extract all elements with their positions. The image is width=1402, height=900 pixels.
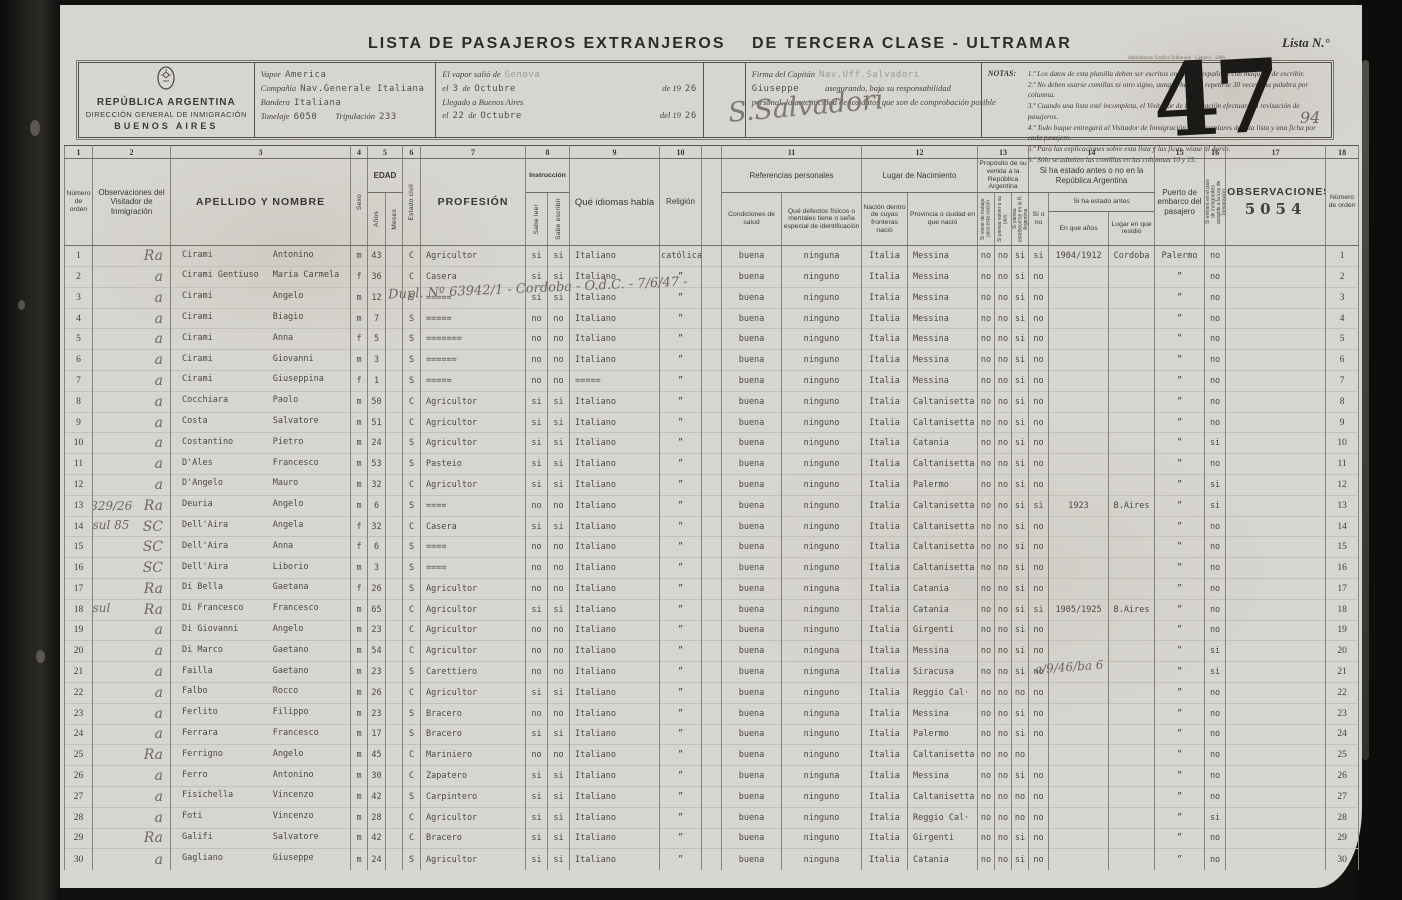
cell-age-months <box>386 433 403 454</box>
surname: Di Marco <box>172 645 268 655</box>
cell-embark-port: ” <box>1155 724 1205 745</box>
header-si-ha-estado: Si ha estado antes <box>1049 193 1155 211</box>
table-row: 17 ✓ „ Ra Di Bella Gaetana f 26 S Agricu… <box>65 579 1359 600</box>
margin-handwriting: P.Consul 85 <box>93 518 130 532</box>
cell-can-write: no <box>548 579 570 600</box>
table-row: 27 a Fisichella Vincenzo m 42 S Carpinte… <box>65 786 1359 807</box>
cell-visitador-observation: ✓ „ Ra <box>93 579 171 600</box>
cell-age-years: 51 <box>368 412 386 433</box>
cell-purpose-2: no <box>995 267 1012 288</box>
cell-can-write: si <box>548 828 570 849</box>
cell-religion: ” <box>660 287 702 308</box>
cell-order-number-left: 21 <box>65 662 93 683</box>
cell-embark-port: ” <box>1155 745 1205 766</box>
cell-embark-port: ” <box>1155 475 1205 496</box>
cell-place-resided <box>1109 329 1155 350</box>
table-row: 6 a Cirami Giovanni m 3 S ====== no no I… <box>65 350 1359 371</box>
llegada-day: 22 <box>452 111 464 121</box>
cell-years-before <box>1049 475 1109 496</box>
cell-can-read: si <box>526 724 548 745</box>
cell-can-write: si <box>548 246 570 267</box>
cell-birth-province: Messina <box>908 267 978 288</box>
given-name: Salvatore <box>273 416 319 426</box>
cell-religion: ” <box>660 662 702 683</box>
visitador-mark-handwriting: a <box>94 290 169 306</box>
cell-age-years: 24 <box>368 433 386 454</box>
cell-birth-nation: Italia <box>862 537 908 558</box>
cell-birth-nation: Italia <box>862 662 908 683</box>
ship-details-box: VaporAmerica CompañíaNav.Generale Italia… <box>255 63 437 137</box>
scanned-passenger-list-page: LISTA DE PASAJEROS EXTRANJEROS DE TERCER… <box>60 5 1362 888</box>
cell-health: buena <box>722 412 782 433</box>
cell-defects: ninguno <box>782 267 862 288</box>
org-department: DIRECCIÓN GENERAL DE INMIGRACIÓN <box>85 110 248 119</box>
table-header: 1 2 3 4 5 6 7 8 9 10 11 12 13 14 15 16 1… <box>65 146 1359 246</box>
cell-been-before: no <box>1029 329 1049 350</box>
cell-age-years: 17 <box>368 724 386 745</box>
cell-religion: ” <box>660 454 702 475</box>
cell-years-before <box>1049 558 1109 579</box>
cell-place-resided: Cordoba <box>1109 246 1155 267</box>
cell-profession: ==== <box>421 495 526 516</box>
table-row: 29 Ra Galifi Salvatore m 42 C Bracero si… <box>65 828 1359 849</box>
cell-health: buena <box>722 329 782 350</box>
cell-spacer <box>702 475 722 496</box>
cell-sex: m <box>351 475 368 496</box>
cell-name: Cirami Gentiuso Maria Carmela <box>171 267 351 288</box>
cell-civil-status: S <box>403 495 421 516</box>
cell-purpose-1: no <box>978 267 995 288</box>
given-name: Giovanni <box>273 354 314 364</box>
cell-can-read: no <box>526 662 548 683</box>
cell-defects: ninguno <box>782 350 862 371</box>
de-label-2: de <box>468 110 476 120</box>
table-row: 22 a Falbo Rocco m 26 C Agricultor si si… <box>65 682 1359 703</box>
cell-can-write: no <box>548 329 570 350</box>
cell-observations <box>1226 475 1326 496</box>
cell-defects: ninguno <box>782 724 862 745</box>
visitador-mark-handwriting: a <box>94 394 169 410</box>
cell-spacer <box>702 308 722 329</box>
cell-place-resided <box>1109 267 1155 288</box>
cell-immigrant-law: no <box>1205 329 1226 350</box>
cell-visitador-observation: a <box>93 641 171 662</box>
cell-birth-province: Caltanisetta <box>908 786 978 807</box>
cell-civil-status: C <box>403 412 421 433</box>
cell-birth-nation: Italia <box>862 558 908 579</box>
cell-can-read: si <box>526 786 548 807</box>
table-row: 16 „ SC Dell'Aira Liborio m 3 S ==== no … <box>65 558 1359 579</box>
cell-purpose-1: no <box>978 620 995 641</box>
cell-civil-status: C <box>403 682 421 703</box>
notas-label: NOTAS: <box>988 69 1016 78</box>
cell-language: Italiano <box>570 599 660 620</box>
cell-purpose-1: no <box>978 682 995 703</box>
cell-age-years: 3 <box>368 350 386 371</box>
visitador-mark-handwriting: a <box>94 311 169 327</box>
cell-birth-nation: Italia <box>862 329 908 350</box>
cell-age-months <box>386 391 403 412</box>
table-row: 23 a Ferlito Filippo m 23 S Bracero no n… <box>65 703 1359 724</box>
cell-years-before: 1905/1925 <box>1049 599 1109 620</box>
table-row: 19 a Di Giovanni Angelo m 23 C Agriculto… <box>65 620 1359 641</box>
cell-purpose-2: no <box>995 246 1012 267</box>
cell-religion: ” <box>660 807 702 828</box>
cell-spacer <box>702 724 722 745</box>
cell-observations <box>1226 724 1326 745</box>
visitador-mark-handwriting: Ra <box>94 830 169 846</box>
table-row: 12 a D'Angelo Mauro m 32 C Agricultor si… <box>65 475 1359 496</box>
given-name: Francesco <box>273 728 319 738</box>
cell-civil-status: C <box>403 807 421 828</box>
llegada-month: Octubre <box>480 111 521 121</box>
header-band-1: Número de orden Observaciones del Visita… <box>65 159 1359 193</box>
cell-birth-nation: Italia <box>862 724 908 745</box>
cell-age-months <box>386 620 403 641</box>
cell-defects: ninguno <box>782 599 862 620</box>
cell-age-years: 65 <box>368 599 386 620</box>
cell-spacer <box>702 620 722 641</box>
cell-order-number-left: 11 <box>65 454 93 475</box>
passenger-rows: 1 Ra Cirami Antonino m 43 C Agricultor s… <box>65 246 1359 870</box>
cell-purpose-3: si <box>1012 766 1029 787</box>
colnum-6: 6 <box>403 146 421 159</box>
cell-observations <box>1226 433 1326 454</box>
tripulacion-label: Tripulación <box>335 111 375 121</box>
cell-purpose-1: no <box>978 537 995 558</box>
cell-can-read: si <box>526 849 548 870</box>
cell-order-number-left: 24 <box>65 724 93 745</box>
header-prop-3: Si piensa establecerse en la R. Argentin… <box>1012 193 1029 246</box>
cell-language: Italiano <box>570 807 660 828</box>
cell-age-months <box>386 599 403 620</box>
cell-birth-province: Caltanisetta <box>908 391 978 412</box>
cell-purpose-2: no <box>995 537 1012 558</box>
cell-birth-nation: Italia <box>862 412 908 433</box>
cell-years-before <box>1049 287 1109 308</box>
cell-birth-nation: Italia <box>862 620 908 641</box>
cell-been-before <box>1029 745 1049 766</box>
cell-profession: ======= <box>421 329 526 350</box>
cell-civil-status: S <box>403 579 421 600</box>
cell-defects: ninguno <box>782 391 862 412</box>
header-referencias: Referencias personales <box>722 159 862 193</box>
cell-civil-status: C <box>403 267 421 288</box>
el-label-2: el <box>442 110 448 120</box>
cell-place-resided <box>1109 391 1155 412</box>
cell-order-number-right: 12 <box>1326 475 1359 496</box>
cell-immigrant-law: no <box>1205 579 1226 600</box>
cell-spacer <box>702 682 722 703</box>
cell-been-before: si <box>1029 599 1049 620</box>
colnum-13: 13 <box>978 146 1029 159</box>
cell-spacer <box>702 433 722 454</box>
cell-purpose-1: no <box>978 475 995 496</box>
cell-years-before: 1923 <box>1049 495 1109 516</box>
cell-purpose-1: no <box>978 849 995 870</box>
cell-been-before: no <box>1029 766 1049 787</box>
cell-order-number-left: 1 <box>65 246 93 267</box>
cell-age-months <box>386 849 403 870</box>
cell-can-read: si <box>526 807 548 828</box>
surname: Cirami Gentiuso <box>172 270 268 280</box>
cell-order-number-left: 25 <box>65 745 93 766</box>
cell-place-resided <box>1109 371 1155 392</box>
cell-age-years: 23 <box>368 703 386 724</box>
cell-sex: m <box>351 558 368 579</box>
cell-been-before: no <box>1029 350 1049 371</box>
cell-birth-nation: Italia <box>862 371 908 392</box>
cell-observations <box>1226 454 1326 475</box>
cell-religion: ” <box>660 703 702 724</box>
cell-name: Costa Salvatore <box>171 412 351 433</box>
cell-immigrant-law: no <box>1205 246 1226 267</box>
cell-observations <box>1226 371 1326 392</box>
cell-birth-province: Messina <box>908 329 978 350</box>
cell-visitador-observation: a <box>93 391 171 412</box>
salida-day: 3 <box>452 84 458 94</box>
cell-visitador-observation: a <box>93 287 171 308</box>
cell-been-before: no <box>1029 703 1049 724</box>
cell-birth-province: Palermo <box>908 475 978 496</box>
tonelaje-label: Tonelaje <box>261 111 290 121</box>
cell-visitador-observation: Ra <box>93 745 171 766</box>
cell-sex: m <box>351 849 368 870</box>
cell-place-resided <box>1109 350 1155 371</box>
cell-defects: ninguno <box>782 412 862 433</box>
cell-purpose-1: no <box>978 641 995 662</box>
given-name: Maria Carmela <box>273 270 340 280</box>
cell-civil-status: C <box>403 766 421 787</box>
cell-birth-province: Reggio Cal· <box>908 682 978 703</box>
surname: Deuria <box>172 499 268 509</box>
cell-order-number-left: 17 <box>65 579 93 600</box>
cell-years-before <box>1049 329 1109 350</box>
cell-spacer <box>702 391 722 412</box>
cell-health: buena <box>722 786 782 807</box>
cell-purpose-1: no <box>978 766 995 787</box>
header-sabe-leer: Sabe leer <box>526 193 548 246</box>
cell-been-before: no <box>1029 454 1049 475</box>
cell-can-write: si <box>548 766 570 787</box>
cell-defects: ninguno <box>782 807 862 828</box>
cell-immigrant-law: no <box>1205 558 1226 579</box>
cell-immigrant-law: si <box>1205 641 1226 662</box>
cell-been-before: si <box>1029 495 1049 516</box>
cell-been-before: no <box>1029 682 1049 703</box>
header-en-que-anos: En que años <box>1049 211 1109 246</box>
cell-purpose-3: si <box>1012 329 1029 350</box>
cell-order-number-left: 5 <box>65 329 93 350</box>
cell-language: Italiano <box>570 308 660 329</box>
cell-language: ===== <box>570 371 660 392</box>
surname: Cirami <box>172 374 268 384</box>
cell-years-before <box>1049 308 1109 329</box>
surname: Costantino <box>172 437 268 447</box>
cell-profession: Agricultor <box>421 433 526 454</box>
cell-profession: Agricultor <box>421 849 526 870</box>
cell-observations <box>1226 308 1326 329</box>
cell-spacer <box>702 267 722 288</box>
cell-profession: ====== <box>421 350 526 371</box>
cell-can-write: no <box>548 703 570 724</box>
cell-immigrant-law: no <box>1205 849 1226 870</box>
cell-purpose-2: no <box>995 807 1012 828</box>
cell-health: buena <box>722 599 782 620</box>
cell-been-before: no <box>1029 433 1049 454</box>
cell-profession: Agricultor <box>421 475 526 496</box>
cell-visitador-observation: a <box>93 724 171 745</box>
cell-visitador-observation: „ SC <box>93 558 171 579</box>
header-instruccion: Instrucción <box>526 159 570 193</box>
cell-religion: ” <box>660 516 702 537</box>
cell-been-before: no <box>1029 537 1049 558</box>
cell-visitador-observation: a <box>93 807 171 828</box>
cell-observations <box>1226 391 1326 412</box>
surname: Di Bella <box>172 582 268 592</box>
de19-label: de 19 <box>662 83 681 93</box>
cell-religion: ” <box>660 308 702 329</box>
cell-order-number-right: 23 <box>1326 703 1359 724</box>
cell-name: D'Angelo Mauro <box>171 475 351 496</box>
cell-purpose-1: no <box>978 350 995 371</box>
cell-spacer <box>702 454 722 475</box>
cell-purpose-1: no <box>978 308 995 329</box>
cell-health: buena <box>722 641 782 662</box>
cell-purpose-2: no <box>995 287 1012 308</box>
cell-purpose-3: si <box>1012 350 1029 371</box>
cell-been-before: no <box>1029 287 1049 308</box>
cell-age-years: 6 <box>368 495 386 516</box>
cell-place-resided <box>1109 412 1155 433</box>
cell-birth-province: Catania <box>908 849 978 870</box>
visitador-mark-handwriting: Ra <box>94 747 169 763</box>
cell-profession: ==== <box>421 558 526 579</box>
cell-can-read: si <box>526 766 548 787</box>
cell-age-years: 23 <box>368 662 386 683</box>
cell-age-months <box>386 641 403 662</box>
cell-religion: ” <box>660 433 702 454</box>
cell-sex: m <box>351 287 368 308</box>
cell-purpose-3: si <box>1012 391 1029 412</box>
cell-birth-province: Caltanisetta <box>908 558 978 579</box>
vapor-value: America <box>285 70 326 80</box>
cell-language: Italiano <box>570 849 660 870</box>
cell-health: buena <box>722 495 782 516</box>
cell-embark-port: ” <box>1155 537 1205 558</box>
cell-been-before: no <box>1029 828 1049 849</box>
cell-spacer <box>702 703 722 724</box>
cell-health: buena <box>722 537 782 558</box>
cell-can-write: si <box>548 412 570 433</box>
cell-sex: f <box>351 579 368 600</box>
cell-age-months <box>386 745 403 766</box>
table-row: 25 Ra Ferrigno Angelo m 45 C Mariniero n… <box>65 745 1359 766</box>
cell-purpose-3: si <box>1012 516 1029 537</box>
cell-health: buena <box>722 267 782 288</box>
colnum-11: 11 <box>722 146 862 159</box>
cell-order-number-left: 26 <box>65 766 93 787</box>
cell-place-resided <box>1109 766 1155 787</box>
cell-purpose-1: no <box>978 828 995 849</box>
cell-order-number-left: 8 <box>65 391 93 412</box>
cell-name: D'Ales Francesco <box>171 454 351 475</box>
cell-health: buena <box>722 454 782 475</box>
cell-order-number-left: 12 <box>65 475 93 496</box>
cell-purpose-3: si <box>1012 662 1029 683</box>
cell-order-number-right: 24 <box>1326 724 1359 745</box>
cell-name: Cirami Giovanni <box>171 350 351 371</box>
cell-place-resided <box>1109 475 1155 496</box>
cell-visitador-observation: a <box>93 329 171 350</box>
given-name: Paolo <box>273 395 299 405</box>
colnum-4: 4 <box>351 146 368 159</box>
header-sabe-escribir: Sabe escribir <box>548 193 570 246</box>
cell-age-years: 5 <box>368 329 386 350</box>
argentina-coat-of-arms-icon <box>155 66 177 90</box>
cell-visitador-observation: P.Consul Ra <box>93 599 171 620</box>
cell-age-years: 50 <box>368 391 386 412</box>
cell-order-number-right: 16 <box>1326 558 1359 579</box>
cell-name: Dell'Aira Anna <box>171 537 351 558</box>
header-prop-2: Si piensa volver a su país <box>995 193 1012 246</box>
surname: Di Giovanni <box>172 624 268 634</box>
cell-spacer <box>702 579 722 600</box>
cell-birth-province: Caltanisetta <box>908 516 978 537</box>
cell-birth-nation: Italia <box>862 391 908 412</box>
given-name: Antonino <box>273 250 314 260</box>
cell-language: Italiano <box>570 495 660 516</box>
cell-place-resided: B.Aires <box>1109 599 1155 620</box>
colnum-5: 5 <box>368 146 403 159</box>
cell-profession: Agricultor <box>421 391 526 412</box>
cell-years-before <box>1049 537 1109 558</box>
cell-health: buena <box>722 745 782 766</box>
cell-can-read: no <box>526 745 548 766</box>
cell-immigrant-law: si <box>1205 807 1226 828</box>
header-lugar-residio: Lugar en que residió <box>1109 211 1155 246</box>
cell-observations <box>1226 329 1326 350</box>
cell-observations <box>1226 766 1326 787</box>
cell-purpose-2: no <box>995 329 1012 350</box>
cell-years-before <box>1049 350 1109 371</box>
given-name: Antonino <box>273 770 314 780</box>
cell-visitador-observation: P.Consul 85 SC <box>93 516 171 537</box>
cell-order-number-left: 14 <box>65 516 93 537</box>
cell-birth-province: Girgenti <box>908 828 978 849</box>
visitador-mark-handwriting: a <box>94 456 169 472</box>
cell-language: Italiano <box>570 329 660 350</box>
cell-purpose-2: no <box>995 849 1012 870</box>
cell-name: Cirami Antonino <box>171 246 351 267</box>
cell-defects: ninguna <box>782 641 862 662</box>
cell-name: Foti Vincenzo <box>171 807 351 828</box>
cell-visitador-observation: a <box>93 475 171 496</box>
cell-language: Italiano <box>570 620 660 641</box>
cell-age-months <box>386 475 403 496</box>
given-name: Anna <box>273 541 293 551</box>
colnum-spacer <box>702 146 722 159</box>
visitador-mark-handwriting: a <box>94 415 169 431</box>
surname: Costa <box>172 416 268 426</box>
surname: Dell'Aira <box>172 520 268 530</box>
cell-been-before: no <box>1029 475 1049 496</box>
cell-name: Ferlito Filippo <box>171 703 351 724</box>
cell-birth-nation: Italia <box>862 786 908 807</box>
cell-profession: ==== <box>421 537 526 558</box>
cell-name: Gagliano Giuseppe <box>171 849 351 870</box>
cell-observations <box>1226 682 1326 703</box>
